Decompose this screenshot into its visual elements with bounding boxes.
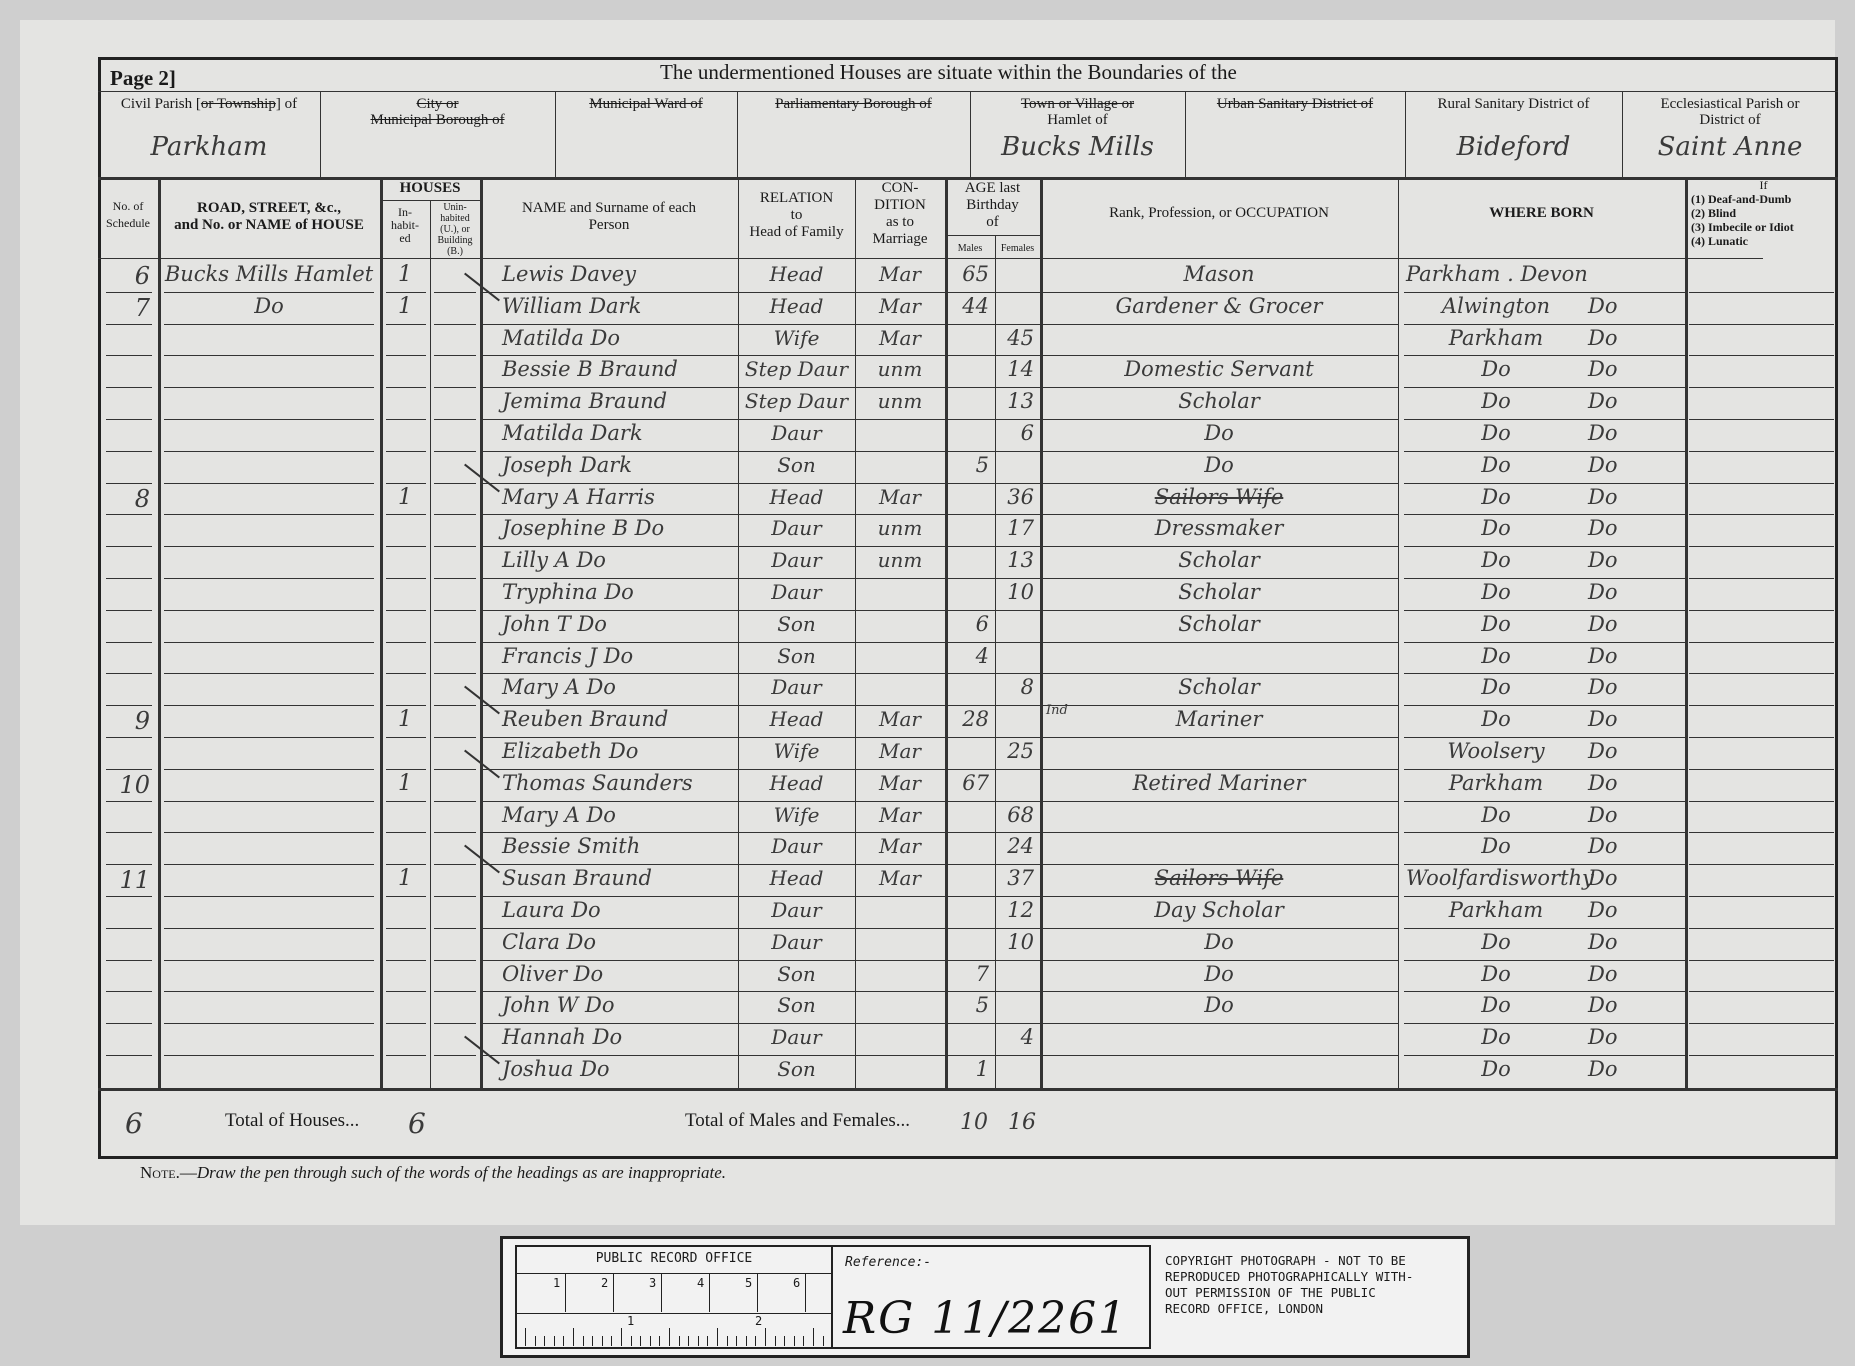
ruler-label: 2 (755, 1314, 762, 1328)
cell-female_age: 6 (995, 421, 1034, 445)
ruler-tick (803, 1336, 804, 1346)
cell-name: Josephine B Do (502, 516, 736, 540)
cell-born_county: Do (1588, 326, 1678, 350)
boundary-value: Parkham (98, 132, 320, 162)
cell-relation: Daur (738, 675, 855, 699)
cell-born_county: Do (1588, 866, 1678, 890)
cell-condition: unm (855, 357, 945, 381)
ruler-tick (640, 1336, 641, 1346)
cell-born_county: Do (1588, 294, 1678, 318)
cell-relation: Wife (738, 326, 855, 350)
ruler-bottom: 12 (517, 1313, 831, 1348)
cell-occupation: Dressmaker (1040, 516, 1398, 540)
ruler-tick (583, 1336, 584, 1346)
cell-relation: Daur (738, 580, 855, 604)
ruler-tick (794, 1336, 795, 1346)
divider (98, 1088, 1838, 1091)
cell-relation: Wife (738, 803, 855, 827)
cell-relation: Head (738, 294, 855, 318)
cell-condition: Mar (855, 707, 945, 731)
cell-relation: Son (738, 1057, 855, 1081)
column-header-line: to (738, 207, 855, 224)
cell-born_place: Alwington (1406, 294, 1586, 318)
cell-female_age: 36 (995, 485, 1034, 509)
cell-born_county: Do (1588, 962, 1678, 986)
cell-female_age: 68 (995, 803, 1034, 827)
cell-relation: Daur (738, 548, 855, 572)
cell-born_county: Do (1588, 485, 1678, 509)
total-houses-label: Total of Houses... (225, 1110, 359, 1132)
cell-name: John T Do (502, 612, 736, 636)
copyright-line: RECORD OFFICE, LONDON (1165, 1301, 1413, 1317)
ruler-tick (707, 1336, 708, 1346)
cell-occupation: Do (1040, 962, 1398, 986)
scale-box: PUBLIC RECORD OFFICE 123456 12 (515, 1245, 833, 1349)
ruler-tick (573, 1328, 574, 1346)
ruler-tick (717, 1328, 718, 1346)
cell-born_place: Do (1406, 421, 1586, 445)
divider (98, 258, 1763, 259)
cell-condition: unm (855, 548, 945, 572)
cell-born_place: Parkham (1406, 898, 1586, 922)
ruler-tick (757, 1274, 758, 1312)
cell-condition: Mar (855, 739, 945, 763)
cell-male_age: 5 (945, 993, 989, 1017)
boundary-label: Town or Village or (970, 96, 1185, 112)
ruler-tick (554, 1336, 555, 1346)
cell-schedule: 6 (98, 262, 150, 290)
column-header-line: (U.), or (430, 224, 480, 235)
column-header-line: habited (430, 213, 480, 224)
cell-relation: Head (738, 866, 855, 890)
ruler-tick (727, 1336, 728, 1346)
cell-born_place: Do (1406, 1057, 1586, 1081)
column-header: No. ofSchedule (98, 198, 158, 232)
cell-female_age: 12 (995, 898, 1034, 922)
cell-name: Francis J Do (502, 644, 736, 668)
boundary-label-part: ] of (276, 96, 297, 112)
cell-born_county: Do (1588, 644, 1678, 668)
cell-female_age: 14 (995, 357, 1034, 381)
column-header-line: DITION (855, 197, 945, 214)
cell-female_age: 13 (995, 389, 1034, 413)
footnote-text: Draw the pen through such of the words o… (197, 1163, 726, 1182)
cell-born_place: Do (1406, 389, 1586, 413)
cell-relation: Son (738, 453, 855, 477)
cell-born_place: Do (1406, 993, 1586, 1017)
column-header: Females (995, 240, 1040, 257)
cell-relation: Wife (738, 739, 855, 763)
reference-label: Reference:- (845, 1255, 931, 1270)
cell-born_place: Do (1406, 357, 1586, 381)
cell-born_county: Do (1588, 739, 1678, 763)
ruler-tick (736, 1336, 737, 1346)
ruler-tick (613, 1274, 614, 1312)
cell-male_age: 28 (945, 707, 989, 731)
column-header: ROAD, STREET, &c.,and No. or NAME of HOU… (158, 200, 380, 234)
column-header-line: ROAD, STREET, &c., (158, 200, 380, 217)
cell-female_age: 4 (995, 1025, 1034, 1049)
column-header-line: NAME and Surname of each (480, 200, 738, 217)
boundary-label: Rural Sanitary District of (1405, 96, 1622, 112)
ruler-label: 3 (649, 1276, 656, 1290)
column-header: Unin-habited(U.), orBuilding(B.) (430, 202, 480, 257)
column-header: In-habit-ed (380, 206, 430, 245)
cell-name: Mary A Do (502, 803, 736, 827)
cell-born_county: Do (1588, 675, 1678, 699)
ruler-tick (650, 1336, 651, 1346)
column-header: NAME and Surname of eachPerson (480, 200, 738, 234)
ruler-tick (544, 1336, 545, 1346)
cell-name: Joshua Do (502, 1057, 736, 1081)
census-sheet: Page 2] The undermentioned Houses are si… (20, 20, 1835, 1225)
column-header: RELATIONtoHead of Family (738, 190, 855, 241)
cell-female_age: 25 (995, 739, 1034, 763)
ruler-tick (755, 1336, 756, 1346)
ruler-tick (592, 1336, 593, 1346)
cell-relation: Son (738, 612, 855, 636)
cell-occupation: Do (1040, 993, 1398, 1017)
cell-name: Matilda Dark (502, 421, 736, 445)
cell-born_county: Do (1588, 993, 1678, 1017)
cell-relation: Son (738, 993, 855, 1017)
ruler-tick (535, 1336, 536, 1346)
cell-schedule: 7 (98, 294, 150, 322)
cell-condition: Mar (855, 262, 945, 286)
column-header-line: AGE last (945, 180, 1040, 197)
ruler-label: 6 (793, 1276, 800, 1290)
cell-condition: Mar (855, 803, 945, 827)
ruler-tick (775, 1336, 776, 1346)
ruler-tick (688, 1336, 689, 1346)
ruler-tick (565, 1274, 566, 1312)
cell-road: Bucks Mills Hamlet (162, 262, 376, 286)
cell-female_age: 24 (995, 834, 1034, 858)
cell-born_county: Do (1588, 803, 1678, 827)
cell-schedule: 10 (98, 771, 150, 799)
cell-born_place: Woolfardisworthy (1406, 866, 1586, 890)
column-header-line: and No. or NAME of HOUSE (158, 217, 380, 234)
cell-schedule: 8 (98, 485, 150, 513)
infirmity-option: (4) Lunatic (1691, 234, 1836, 248)
total-persons-label: Total of Males and Females... (685, 1110, 910, 1132)
cell-born_place: Do (1406, 1025, 1586, 1049)
infirmity-option: (1) Deaf-and-Dumb (1691, 192, 1836, 206)
cell-born_place: Do (1406, 644, 1586, 668)
cell-relation: Son (738, 962, 855, 986)
cell-born_place: Do (1406, 485, 1586, 509)
column-header: Males (945, 240, 995, 257)
cell-born_county: Do (1588, 1057, 1678, 1081)
cell-relation: Head (738, 707, 855, 731)
cell-relation: Daur (738, 421, 855, 445)
cell-inhabited: 1 (380, 294, 430, 319)
cell-inhabited: 1 (380, 771, 430, 796)
cell-relation: Daur (738, 516, 855, 540)
column-header-line: Unin- (430, 202, 480, 213)
column-header-line: Schedule (98, 215, 158, 232)
ruler-tick (563, 1336, 564, 1346)
cell-name: Tryphina Do (502, 580, 736, 604)
cell-occupation: Scholar (1040, 675, 1398, 699)
ruler-tick (805, 1274, 806, 1312)
cell-name: Elizabeth Do (502, 739, 736, 763)
boundary-label: City or (320, 96, 555, 112)
cell-occupation: Mariner (1040, 707, 1398, 731)
cell-male_age: 6 (945, 612, 989, 636)
cell-born_place: Do (1406, 612, 1586, 636)
cell-occupation: Scholar (1040, 580, 1398, 604)
column-header-line: (B.) (430, 246, 480, 257)
cell-born_county: Do (1588, 548, 1678, 572)
ruler-tick (784, 1336, 785, 1346)
ruler-tick (679, 1336, 680, 1346)
cell-born_place: Do (1406, 453, 1586, 477)
cell-female_age: 10 (995, 930, 1034, 954)
boundary-value: Saint Anne (1622, 132, 1838, 162)
boundary-value: Bucks Mills (970, 132, 1185, 162)
copyright-notice: COPYRIGHT PHOTOGRAPH - NOT TO BEREPRODUC… (1165, 1253, 1413, 1317)
cell-name: Matilda Do (502, 326, 736, 350)
cell-born_place: Woolsery (1406, 739, 1586, 763)
cell-male_age: 4 (945, 644, 989, 668)
ruler-tick (659, 1336, 660, 1346)
cell-female_age: 8 (995, 675, 1034, 699)
cell-born_place: Do (1406, 516, 1586, 540)
cell-female_age: 45 (995, 326, 1034, 350)
ruler-label: 2 (601, 1276, 608, 1290)
total-houses: 6 (408, 1107, 426, 1140)
ruler-tick (746, 1336, 747, 1346)
cell-inhabited: 1 (380, 485, 430, 510)
footnote: Note.—Draw the pen through such of the w… (140, 1163, 726, 1183)
ruler-tick (765, 1328, 766, 1346)
divider (380, 200, 480, 201)
cell-relation: Head (738, 771, 855, 795)
cell-relation: Daur (738, 834, 855, 858)
record-office-stamp: PUBLIC RECORD OFFICE 123456 12 Reference… (500, 1236, 1470, 1358)
cell-born_place: Do (1406, 834, 1586, 858)
cell-occupation: Do (1040, 453, 1398, 477)
cell-inhabited: 1 (380, 866, 430, 891)
cell-occupation: Do (1040, 421, 1398, 445)
cell-occupation: Scholar (1040, 548, 1398, 572)
cell-born_county: Do (1588, 707, 1678, 731)
cell-born_place: Parkham . Devon (1406, 262, 1586, 286)
cell-female_age: 10 (995, 580, 1034, 604)
boundary-label-part: or Township (201, 96, 276, 112)
cell-born_place: Do (1406, 548, 1586, 572)
boundary-field: City orMunicipal Borough of (320, 96, 555, 128)
cell-born_county: Do (1588, 421, 1678, 445)
ruler-tick (669, 1328, 670, 1346)
cell-born_place: Do (1406, 930, 1586, 954)
cell-occupation: Sailors Wife (1040, 485, 1398, 509)
cell-occupation: Scholar (1040, 389, 1398, 413)
column-header-line: Birthday (945, 197, 1040, 214)
copyright-line: OUT PERMISSION OF THE PUBLIC (1165, 1285, 1413, 1301)
column-header-line: Head of Family (738, 224, 855, 241)
page-title: The undermentioned Houses are situate wi… (660, 60, 1237, 85)
cell-born_county: Do (1588, 389, 1678, 413)
cell-born_county: Do (1588, 1025, 1678, 1049)
total-schedules: 6 (125, 1107, 143, 1140)
infirmity-option: (2) Blind (1691, 206, 1836, 220)
cell-born_place: Do (1406, 675, 1586, 699)
reference-box: Reference:- RG 11/2261 (833, 1245, 1151, 1349)
cell-born_place: Do (1406, 803, 1586, 827)
column-header-line: Marriage (855, 231, 945, 248)
cell-female_age: 13 (995, 548, 1034, 572)
boundary-value: Bideford (1405, 132, 1622, 162)
boundary-label: Hamlet of (970, 112, 1185, 128)
cell-male_age: 65 (945, 262, 989, 286)
cell-inhabited: 1 (380, 262, 430, 287)
column-header-line: ed (380, 232, 430, 245)
cell-occupation: Domestic Servant (1040, 357, 1398, 381)
cell-condition: Mar (855, 771, 945, 795)
cell-occupation: Retired Mariner (1040, 771, 1398, 795)
cell-relation: Head (738, 485, 855, 509)
column-header: WHERE BORN (1398, 205, 1685, 222)
cell-relation: Daur (738, 898, 855, 922)
cell-born_place: Do (1406, 580, 1586, 604)
cell-name: Jemima Braund (502, 389, 736, 413)
ruler-label: 5 (745, 1276, 752, 1290)
reference-number: RG 11/2261 (843, 1293, 1128, 1344)
ruler-tick (621, 1328, 622, 1346)
boundary-field: Parliamentary Borough of (737, 96, 970, 112)
cell-male_age: 44 (945, 294, 989, 318)
divider (945, 235, 1040, 236)
cell-schedule: 9 (98, 707, 150, 735)
total-females: 16 (1008, 1110, 1036, 1135)
cell-born_county: Do (1588, 771, 1678, 795)
cell-condition: Mar (855, 834, 945, 858)
ruler-label: 1 (553, 1276, 560, 1290)
infirmity-option: (3) Imbecile or Idiot (1691, 220, 1836, 234)
ruler-top: 123456 (517, 1273, 831, 1312)
cell-relation: Head (738, 262, 855, 286)
cell-condition: unm (855, 389, 945, 413)
infirmity-option: If (1691, 178, 1836, 192)
cell-name: Lilly A Do (502, 548, 736, 572)
cell-male_age: 7 (945, 962, 989, 986)
boundary-label: Ecclesiastical Parish or (1622, 96, 1838, 112)
cell-name: William Dark (502, 294, 736, 318)
page-number: Page 2] (110, 66, 176, 91)
cell-occupation: Mason (1040, 262, 1398, 286)
cell-male_age: 1 (945, 1057, 989, 1081)
cell-schedule: 11 (98, 866, 150, 894)
cell-born_county: Do (1588, 898, 1678, 922)
column-header-line: RELATION (738, 190, 855, 207)
cell-name: Susan Braund (502, 866, 736, 890)
cell-name: Mary A Harris (502, 485, 736, 509)
boundary-field: Urban Sanitary District of (1185, 96, 1405, 112)
column-header: Rank, Profession, or OCCUPATION (1040, 205, 1398, 222)
cell-name: Thomas Saunders (502, 771, 736, 795)
cell-condition: Mar (855, 485, 945, 509)
cell-occupation: Day Scholar (1040, 898, 1398, 922)
ruler-tick (698, 1336, 699, 1346)
ruler-tick (631, 1336, 632, 1346)
office-name: PUBLIC RECORD OFFICE (517, 1251, 831, 1266)
total-males: 10 (960, 1110, 988, 1135)
cell-born_place: Do (1406, 707, 1586, 731)
cell-name: Oliver Do (502, 962, 736, 986)
cell-name: Hannah Do (502, 1025, 736, 1049)
cell-born_county: Do (1588, 834, 1678, 858)
boundary-label: District of (1622, 112, 1838, 128)
cell-inhabited: 1 (380, 707, 430, 732)
cell-born_place: Parkham (1406, 771, 1586, 795)
boundary-label: Urban Sanitary District of (1185, 96, 1405, 112)
cell-relation: Son (738, 644, 855, 668)
ruler-tick (823, 1336, 824, 1346)
cell-born_county: Do (1588, 930, 1678, 954)
cell-born_county: Do (1588, 580, 1678, 604)
cell-road: Do (162, 294, 376, 318)
infirmity-header: If(1) Deaf-and-Dumb(2) Blind(3) Imbecile… (1691, 178, 1836, 248)
ruler-label: 4 (697, 1276, 704, 1290)
column-header-line: Person (480, 217, 738, 234)
column-header: AGE lastBirthdayof (945, 180, 1040, 231)
cell-condition: Mar (855, 326, 945, 350)
column-header: HOUSES (380, 180, 480, 197)
ruler-tick (611, 1336, 612, 1346)
cell-relation: Step Daur (738, 357, 855, 381)
cell-female_age: 17 (995, 516, 1034, 540)
cell-name: Bessie Smith (502, 834, 736, 858)
cell-name: Bessie B Braund (502, 357, 736, 381)
cell-born_place: Parkham (1406, 326, 1586, 350)
ruler-tick (661, 1274, 662, 1312)
cell-name: Mary A Do (502, 675, 736, 699)
cell-relation: Daur (738, 1025, 855, 1049)
cell-relation: Daur (738, 930, 855, 954)
ruler-tick (602, 1336, 603, 1346)
column-header-line: as to (855, 214, 945, 231)
cell-name: Clara Do (502, 930, 736, 954)
ruler-tick (525, 1328, 526, 1346)
copyright-line: REPRODUCED PHOTOGRAPHICALLY WITH- (1165, 1269, 1413, 1285)
ruler-label: 1 (627, 1314, 634, 1328)
cell-relation: Step Daur (738, 389, 855, 413)
boundary-field: Municipal Ward of (555, 96, 737, 112)
boundary-label: Parliamentary Borough of (737, 96, 970, 112)
ruler-tick (813, 1328, 814, 1346)
ruler-tick (709, 1274, 710, 1312)
cell-name: Laura Do (502, 898, 736, 922)
cell-born_county: Do (1588, 516, 1678, 540)
boundary-label: Municipal Ward of (555, 96, 737, 112)
cell-born_county: Do (1588, 453, 1678, 477)
boundary-field: Ecclesiastical Parish orDistrict of (1622, 96, 1838, 128)
cell-occupation: Do (1040, 930, 1398, 954)
column-header-line: No. of (98, 198, 158, 215)
cell-born_place: Do (1406, 962, 1586, 986)
copyright-line: COPYRIGHT PHOTOGRAPH - NOT TO BE (1165, 1253, 1413, 1269)
cell-born_county: Do (1588, 612, 1678, 636)
cell-male_age: 5 (945, 453, 989, 477)
cell-condition: Mar (855, 866, 945, 890)
cell-condition: unm (855, 516, 945, 540)
cell-name: Lewis Davey (502, 262, 736, 286)
cell-name: Reuben Braund (502, 707, 736, 731)
column-header-line: of (945, 214, 1040, 231)
cell-name: John W Do (502, 993, 736, 1017)
